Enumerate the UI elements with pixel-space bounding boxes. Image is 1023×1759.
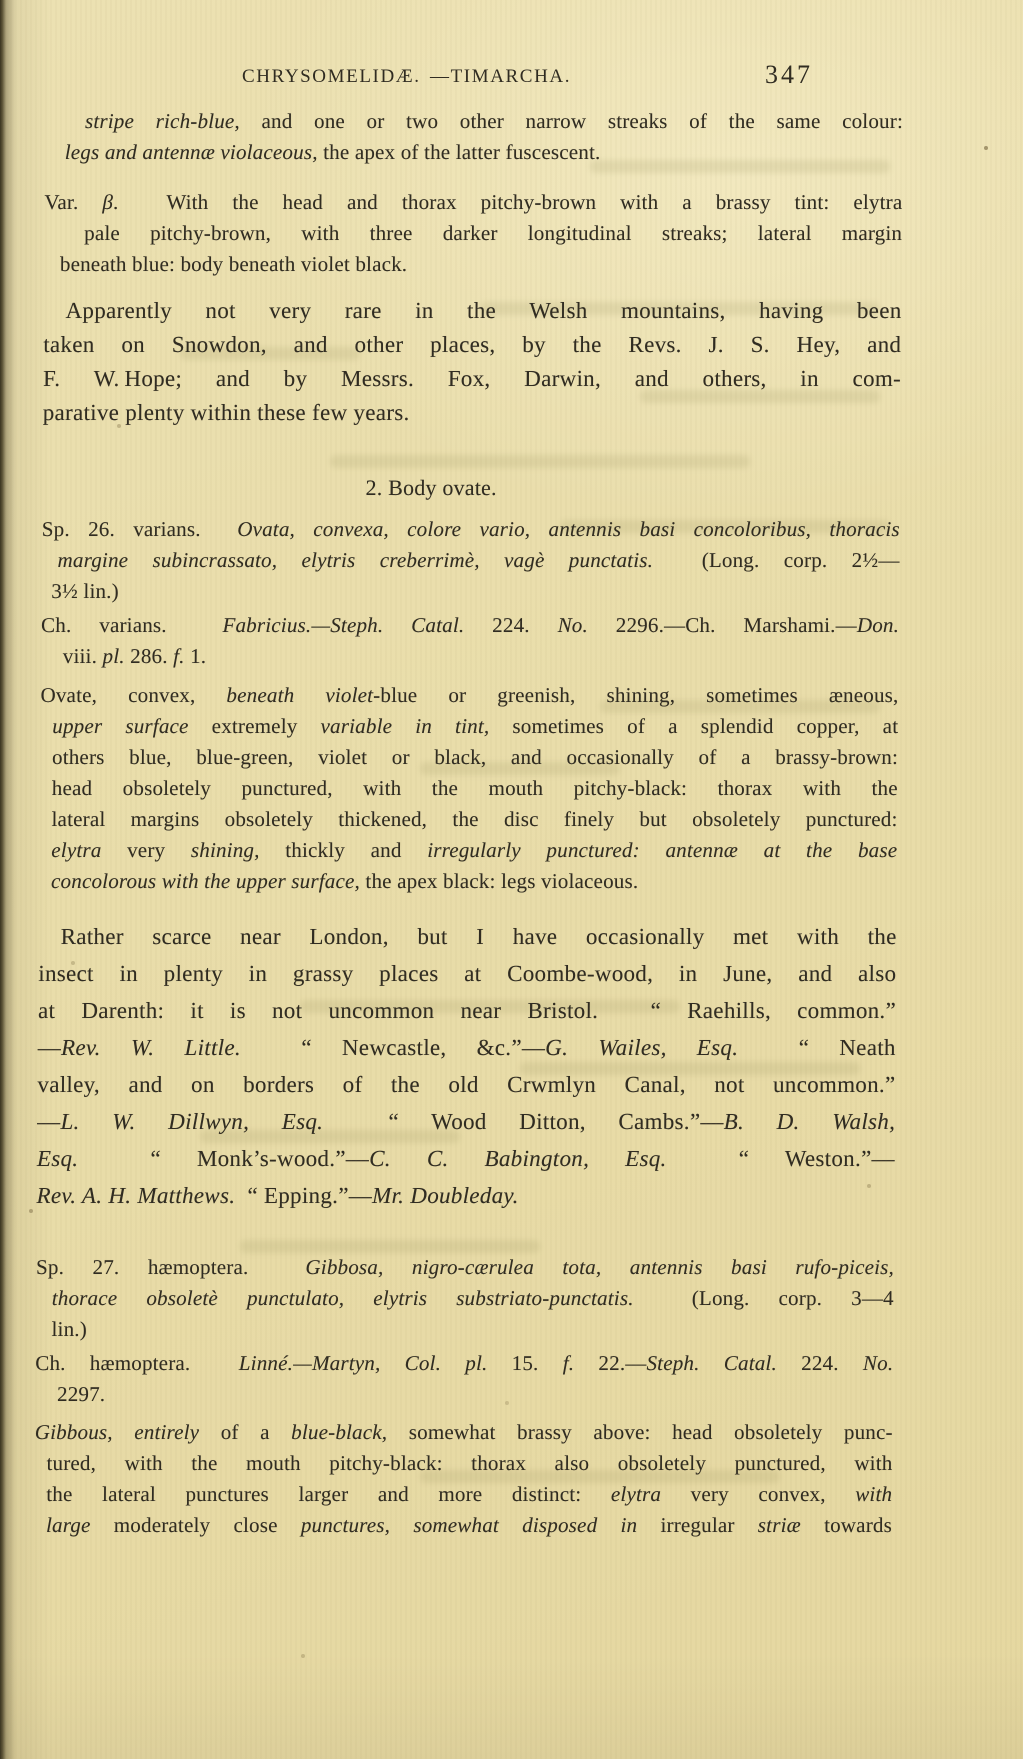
text-line: others blue, blue-green, violet or black… <box>40 742 898 773</box>
text-line: Ch. hæmoptera. Linné.—Martyn, Col. pl. 1… <box>35 1348 893 1379</box>
roman-segment: — <box>37 1109 61 1134</box>
italic-segment: Gibbous, entirely <box>35 1420 200 1444</box>
text-line: Ovate, convex, beneath violet-blue or gr… <box>40 680 898 711</box>
roman-segment: Var. <box>44 190 102 214</box>
roman-segment: parative plenty within these few years. <box>43 400 410 425</box>
italic-segment: shining, <box>191 838 260 862</box>
roman-segment: beneath blue: body beneath violet black. <box>60 252 408 276</box>
text-line: insect in plenty in grassy places at Coo… <box>38 955 896 992</box>
italic-segment: Linné.—Martyn, Col. pl. <box>239 1351 488 1375</box>
italic-segment: Rev. W. Little. <box>61 1035 241 1060</box>
roman-segment: Rather scarce near London, but I have oc… <box>61 924 897 949</box>
continuation-paragraph: stripe rich-blue, and one or two other n… <box>45 106 903 168</box>
roman-segment: “ Neath <box>738 1035 896 1060</box>
section-heading: 2. Body ovate. <box>0 472 900 503</box>
text-line: F. W. Hope; and by Messrs. Fox, Darwin, … <box>43 362 901 396</box>
roman-segment: — <box>38 1035 62 1060</box>
text-line: thorace obsoletè punctulato, elytris sub… <box>36 1283 894 1314</box>
roman-segment: 3½ lin.) <box>51 579 119 603</box>
italic-segment: Esq. <box>37 1146 79 1171</box>
roman-segment: (Long. corp. 2½— <box>653 548 900 572</box>
roman-segment: 224. <box>777 1351 863 1375</box>
text-line: Gibbous, entirely of a blue-black, somew… <box>35 1417 893 1448</box>
text-line: 3½ lin.) <box>41 576 899 607</box>
roman-segment: viii. <box>63 644 103 668</box>
text-line: pale pitchy-brown, with three darker lon… <box>44 218 902 249</box>
roman-segment: “ Wood Ditton, Cambs.”— <box>323 1109 724 1134</box>
page-text-block: stripe rich-blue, and one or two other n… <box>34 0 904 1541</box>
text-line: legs and antennæ violaceous, the apex of… <box>45 137 903 168</box>
text-line: elytra very shining, thickly and irregul… <box>39 835 897 866</box>
italic-segment: concolorous with the upper surface, <box>51 869 360 893</box>
italic-segment: Steph. Catal. <box>646 1351 777 1375</box>
roman-segment: somewhat brassy above: head obsoletely p… <box>387 1420 893 1444</box>
foxing-specks <box>0 0 2 2</box>
text-line: lin.) <box>35 1314 893 1345</box>
roman-segment: 286. <box>125 644 174 668</box>
text-line: Sp. 26. varians. Ovata, convexa, colore … <box>42 514 900 545</box>
roman-segment: others blue, blue-green, violet or black… <box>52 745 898 769</box>
italic-segment: variable in tint, <box>321 714 490 738</box>
roman-segment: towards <box>801 1513 892 1537</box>
roman-segment: “ Epping.”— <box>235 1183 372 1208</box>
italic-segment: upper surface <box>52 714 189 738</box>
italic-segment: Mr. Doubleday. <box>372 1183 519 1208</box>
roman-segment: 2297. <box>57 1382 105 1406</box>
text-line: Rev. A. H. Matthews. “ Epping.”—Mr. Doub… <box>36 1177 894 1214</box>
roman-segment: 15. <box>487 1351 562 1375</box>
roman-segment: lin.) <box>51 1317 87 1341</box>
roman-segment: “ Newcastle, &c.”— <box>241 1035 545 1060</box>
variety-beta-paragraph: Var. β. With the head and thorax pitchy-… <box>44 187 903 280</box>
roman-segment: taken on Snowdon, and other places, by t… <box>43 332 901 357</box>
text-line: upper surface extremely variable in tint… <box>40 711 898 742</box>
scan-left-edge-shadow <box>0 0 16 1759</box>
italic-segment: elytra <box>51 838 101 862</box>
text-line: Ch. varians. Fabricius.—Steph. Catal. 22… <box>41 610 899 641</box>
text-line: beneath blue: body beneath violet black. <box>44 249 902 280</box>
text-line: valley, and on borders of the old Crwmly… <box>37 1066 895 1103</box>
roman-segment: thickly and <box>260 838 428 862</box>
italic-segment: β <box>102 190 113 214</box>
species-26-diagnosis: Sp. 26. varians. Ovata, convexa, colore … <box>41 514 900 607</box>
italic-segment: No. <box>558 613 589 637</box>
text-line: Esq. “ Monk’s-wood.”—C. C. Babington, Es… <box>37 1140 895 1177</box>
roman-segment: 2296.—Ch. Marshami.— <box>588 613 857 637</box>
italic-segment: punctures, somewhat disposed in <box>301 1513 638 1537</box>
text-line: Var. β. With the head and thorax pitchy-… <box>44 187 902 218</box>
roman-segment: 224. <box>464 613 557 637</box>
italic-segment: L. W. Dillwyn, Esq. <box>60 1109 323 1134</box>
narrative-welsh-paragraph: Apparently not very rare in the Welsh mo… <box>43 294 902 430</box>
roman-segment: extremely <box>189 714 321 738</box>
roman-segment: very <box>101 838 191 862</box>
roman-segment: F. W. Hope; and by Messrs. Fox, Darwin, … <box>43 366 901 391</box>
text-line: —L. W. Dillwyn, Esq. “ Wood Ditton, Camb… <box>37 1103 895 1140</box>
citation-varians: Ch. varians. Fabricius.—Steph. Catal. 22… <box>41 610 899 672</box>
roman-segment: the apex black: legs violaceous. <box>360 869 639 893</box>
roman-segment: valley, and on borders of the old Crwmly… <box>37 1072 895 1097</box>
roman-segment: pale pitchy-brown, with three darker lon… <box>84 221 902 245</box>
text-line: 2297. <box>35 1379 893 1410</box>
roman-segment: of a <box>199 1420 291 1444</box>
italic-segment: Fabricius.—Steph. Catal. <box>222 613 464 637</box>
roman-segment: Ovate, convex, <box>40 683 226 707</box>
roman-segment: “ Monk’s-wood.”— <box>78 1146 369 1171</box>
italic-segment: elytra <box>611 1482 661 1506</box>
text-line: at Darenth: it is not uncommon near Bris… <box>38 992 896 1029</box>
roman-segment: insect in plenty in grassy places at Coo… <box>38 961 896 986</box>
description-varians: Ovate, convex, beneath violet-blue or gr… <box>39 680 899 897</box>
italic-segment: with <box>855 1482 892 1506</box>
text-line: Rather scarce near London, but I have oc… <box>38 918 896 955</box>
italic-segment: pl. <box>102 644 124 668</box>
italic-segment: Don. <box>857 613 899 637</box>
italic-segment: Ovata, convexa, colore vario, antennis b… <box>237 517 900 541</box>
text-line: head obsoletely punctured, with the mout… <box>40 773 898 804</box>
text-line: Apparently not very rare in the Welsh mo… <box>43 294 901 328</box>
italic-segment: Gibbosa, nigro-cærulea tota, antennis ba… <box>305 1255 894 1279</box>
roman-segment: Sp. 26. varians. <box>42 517 238 541</box>
roman-segment: at Darenth: it is not uncommon near Bris… <box>38 998 896 1023</box>
roman-segment: very convex, <box>661 1482 855 1506</box>
italic-segment: beneath violet <box>226 683 373 707</box>
italic-segment: irregularly punctured: <box>427 838 640 862</box>
italic-segment: No. <box>863 1351 894 1375</box>
roman-segment: . With the head and thorax pitchy-brown … <box>113 190 903 214</box>
localities-paragraph: Rather scarce near London, but I have oc… <box>36 918 896 1214</box>
italic-segment: margine subincrassato, elytris creberrim… <box>58 548 654 572</box>
roman-segment: lateral margins obsoletely thickened, th… <box>51 807 897 831</box>
italic-segment: thorace obsoletè punctulato, elytris sub… <box>52 1286 634 1310</box>
text-line: lateral margins obsoletely thickened, th… <box>39 804 897 835</box>
roman-segment: 22.— <box>574 1351 646 1375</box>
roman-segment: tured, with the mouth pitchy-black: thor… <box>46 1451 892 1475</box>
text-line: tured, with the mouth pitchy-black: thor… <box>34 1448 892 1479</box>
roman-segment: moderately close <box>90 1513 300 1537</box>
italic-segment: antennæ at the base <box>665 838 897 862</box>
roman-segment: (Long. corp. 3—4 <box>634 1286 894 1310</box>
italic-segment: f. <box>563 1351 575 1375</box>
text-line: taken on Snowdon, and other places, by t… <box>43 328 901 362</box>
text-line: the lateral punctures larger and more di… <box>34 1479 892 1510</box>
citation-haemoptera: Ch. hæmoptera. Linné.—Martyn, Col. pl. 1… <box>35 1348 893 1410</box>
text-line: viii. pl. 286. f. 1. <box>41 641 899 672</box>
italic-segment: G. Wailes, Esq. <box>545 1035 738 1060</box>
text-line: concolorous with the upper surface, the … <box>39 866 897 897</box>
italic-segment: Rev. A. H. Matthews. <box>37 1183 236 1208</box>
book-page-scan: CHRYSOMELIDÆ. —TIMARCHA. 347 stripe rich… <box>0 0 1023 1759</box>
roman-segment: and one or two other narrow streaks of t… <box>240 109 903 133</box>
italic-segment: f. <box>173 644 185 668</box>
roman-segment: Ch. hæmoptera. <box>35 1351 239 1375</box>
text-line: —Rev. W. Little. “ Newcastle, &c.”—G. Wa… <box>38 1029 896 1066</box>
roman-segment: -blue or greenish, shining, sometimes æn… <box>373 683 899 707</box>
italic-segment: B. D. Walsh, <box>724 1109 896 1134</box>
roman-segment: Apparently not very rare in the Welsh mo… <box>65 298 901 323</box>
roman-segment <box>640 838 666 862</box>
italic-segment: C. C. Babington, Esq. <box>369 1146 667 1171</box>
italic-segment: stripe rich-blue, <box>85 109 240 133</box>
italic-segment: legs and antennæ violaceous, <box>65 140 318 164</box>
roman-segment: Ch. varians. <box>41 613 223 637</box>
roman-segment: head obsoletely punctured, with the mout… <box>52 776 898 800</box>
roman-segment: “ Weston.”— <box>667 1146 895 1171</box>
text-line: large moderately close punctures, somewh… <box>34 1510 892 1541</box>
roman-segment: 1. <box>185 644 207 668</box>
italic-segment: large <box>46 1513 91 1537</box>
text-line: parative plenty within these few years. <box>43 396 901 430</box>
text-line: Sp. 27. hæmoptera. Gibbosa, nigro-cærule… <box>36 1252 894 1283</box>
italic-segment: striæ <box>758 1513 801 1537</box>
species-27-diagnosis: Sp. 27. hæmoptera. Gibbosa, nigro-cærule… <box>35 1252 894 1345</box>
italic-segment: blue-black, <box>291 1420 387 1444</box>
text-line: margine subincrassato, elytris creberrim… <box>41 545 899 576</box>
roman-segment: sometimes of a splendid copper, at <box>489 714 898 738</box>
roman-segment: Sp. 27. hæmoptera. <box>36 1255 306 1279</box>
roman-segment: the lateral punctures larger and more di… <box>46 1482 611 1506</box>
text-line: stripe rich-blue, and one or two other n… <box>45 106 903 137</box>
roman-segment: irregular <box>637 1513 758 1537</box>
roman-segment: the apex of the latter fuscescent. <box>318 140 601 164</box>
description-haemoptera: Gibbous, entirely of a blue-black, somew… <box>34 1417 893 1541</box>
